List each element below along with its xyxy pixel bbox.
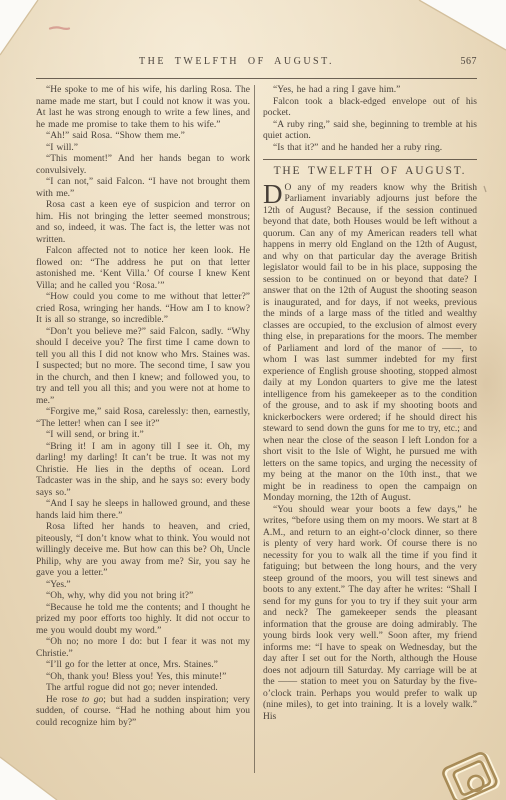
story-paragraph: “How could you come to me without that l… (36, 292, 250, 327)
left-column: “He spoke to me of his wife, his darling… (36, 85, 250, 729)
page-number: 567 (461, 56, 478, 67)
story-paragraph: The artful rogue did not go; never inten… (36, 683, 250, 695)
story-paragraph: “Ah!” said Rosa. “Show them me.” (36, 131, 250, 143)
story-paragraph: “Bring it! I am in agony till I see it. … (36, 442, 250, 500)
story-paragraph: Rosa cast a keen eye of suspicion and te… (36, 200, 250, 246)
story-paragraph: “I can not,” said Falcon. “I have not br… (36, 177, 250, 200)
drop-cap-letter: D (263, 183, 285, 205)
story-paragraph: “Oh, thank you! Bless you! Yes, this min… (36, 672, 250, 684)
story-paragraph: Rosa lifted her hands to heaven, and cri… (36, 522, 250, 580)
running-head-row: THE TWELFTH OF AUGUST. 567 (36, 56, 477, 72)
story-paragraph: “Yes.” (36, 580, 250, 592)
story-paragraph: “I will.” (36, 143, 250, 155)
story-text-italic: to go (82, 695, 103, 705)
article-paragraph: DO any of my readers know why the Britis… (263, 183, 477, 505)
section-heading: THE TWELFTH OF AUGUST. (263, 166, 477, 178)
story-paragraph: “He spoke to me of his wife, his darling… (36, 85, 250, 131)
section-divider-rule (263, 159, 477, 160)
story-paragraph: “This moment!” And her hands began to wo… (36, 154, 250, 177)
story-paragraph: He rose to go; but had a sudden inspirat… (36, 695, 250, 730)
column-divider-rule (254, 85, 255, 773)
story-paragraph: Falcon took a black-edged envelope out o… (263, 97, 477, 120)
story-paragraph: “Don’t you believe me?” said Falcon, sad… (36, 327, 250, 408)
story-paragraph: “Oh no; no more I do: but I fear it was … (36, 637, 250, 660)
story-paragraph: “I will send, or bring it.” (36, 430, 250, 442)
article-paragraph: “You should wear your boots a few days,”… (263, 505, 477, 724)
story-paragraph: “A ruby ring,” said she, beginning to tr… (263, 120, 477, 143)
right-column: “Yes, he had a ring I gave him.” Falcon … (263, 85, 477, 723)
story-paragraph: Falcon affected not to notice her keen l… (36, 246, 250, 292)
story-text: He rose (46, 695, 82, 705)
story-paragraph: “I’ll go for the letter at once, Mrs. St… (36, 660, 250, 672)
story-paragraph: “Yes, he had a ring I gave him.” (263, 85, 477, 97)
article-text: O any of my readers know why the British… (263, 183, 477, 504)
page-photo: THE TWELFTH OF AUGUST. 567 “He spoke to … (0, 0, 506, 800)
story-paragraph: “Oh, why, why did you not bring it?” (36, 591, 250, 603)
head-rule (36, 78, 477, 79)
story-paragraph: “Because he told me the contents; and I … (36, 603, 250, 638)
running-head-title: THE TWELFTH OF AUGUST. (36, 56, 437, 67)
story-paragraph: “Forgive me,” said Rosa, carelessly: the… (36, 407, 250, 430)
story-paragraph: “Is that it?” and he handed her a ruby r… (263, 143, 477, 155)
story-paragraph: “And I say he sleeps in hallowed ground,… (36, 499, 250, 522)
